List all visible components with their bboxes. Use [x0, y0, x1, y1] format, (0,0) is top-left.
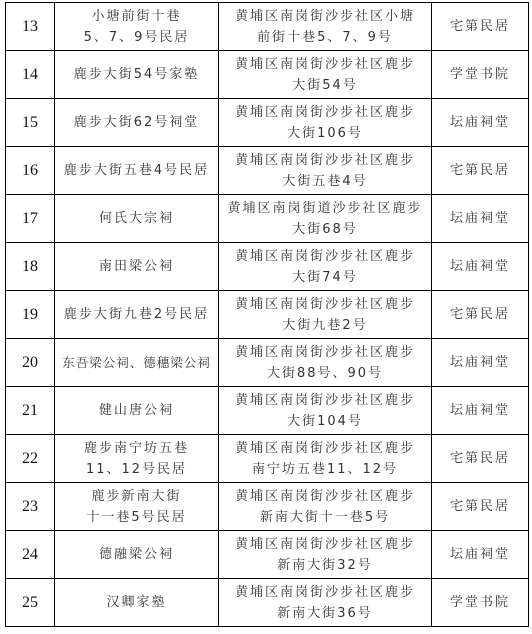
row-number: 23: [6, 483, 55, 531]
row-number: 17: [6, 195, 55, 243]
table-row: 18 南田梁公祠 黄埔区南岗街沙步社区鹿步 大街74号 坛庙祠堂: [6, 243, 529, 291]
site-category: 宅第民居: [432, 483, 529, 531]
table-row: 20 东吾梁公祠、德穗梁公祠 黄埔区南岗街沙步社区鹿步 大街88号、90号 坛庙…: [6, 339, 529, 387]
table-row: 13 小塘前街十巷 5、7、9号民居 黄埔区南岗街沙步社区小塘 前街十巷5、7、…: [6, 3, 529, 51]
row-number: 13: [6, 3, 55, 51]
row-number: 22: [6, 435, 55, 483]
site-category: 宅第民居: [432, 147, 529, 195]
site-category: 坛庙祠堂: [432, 531, 529, 579]
row-number: 24: [6, 531, 55, 579]
site-address: 黄埔区南岗街沙步社区鹿步 新南大街32号: [219, 531, 432, 579]
table-row: 14 鹿步大街54号家塾 黄埔区南岗街沙步社区鹿步 大街54号 学堂书院: [6, 51, 529, 99]
table-row: 22 鹿步南宁坊五巷 11、12号民居 黄埔区南岗街沙步社区鹿步 南宁坊五巷11…: [6, 435, 529, 483]
site-address: 黄埔区南岗街沙步社区鹿步 大街54号: [219, 51, 432, 99]
row-number: 16: [6, 147, 55, 195]
site-address: 黄埔区南岗街沙步社区鹿步 大街九巷2号: [219, 291, 432, 339]
site-category: 宅第民居: [432, 3, 529, 51]
site-name: 小塘前街十巷 5、7、9号民居: [55, 3, 219, 51]
table-row: 17 何氏大宗祠 黄埔区南岗街道沙步社区鹿步 大街68号 坛庙祠堂: [6, 195, 529, 243]
table-row: 15 鹿步大街62号祠堂 黄埔区南岗街沙步社区鹿步 大街106号 坛庙祠堂: [6, 99, 529, 147]
site-category: 宅第民居: [432, 291, 529, 339]
table-row: 23 鹿步新南大街 十一巷5号民居 黄埔区南岗街沙步社区鹿步 新南大街十一巷5号…: [6, 483, 529, 531]
site-name: 鹿步南宁坊五巷 11、12号民居: [55, 435, 219, 483]
heritage-sites-table: 13 小塘前街十巷 5、7、9号民居 黄埔区南岗街沙步社区小塘 前街十巷5、7、…: [5, 2, 529, 627]
site-category: 坛庙祠堂: [432, 243, 529, 291]
site-name: 鹿步大街54号家塾: [55, 51, 219, 99]
site-address: 黄埔区南岗街道沙步社区鹿步 大街68号: [219, 195, 432, 243]
site-name: 汉卿家塾: [55, 579, 219, 627]
site-name: 鹿步大街九巷2号民居: [55, 291, 219, 339]
site-category: 坛庙祠堂: [432, 195, 529, 243]
site-address: 黄埔区南岗街沙步社区鹿步 新南大街十一巷5号: [219, 483, 432, 531]
site-category: 坛庙祠堂: [432, 339, 529, 387]
row-number: 21: [6, 387, 55, 435]
site-category: 学堂书院: [432, 579, 529, 627]
site-name: 鹿步大街五巷4号民居: [55, 147, 219, 195]
site-address: 黄埔区南岗街沙步社区鹿步 大街104号: [219, 387, 432, 435]
table-row: 19 鹿步大街九巷2号民居 黄埔区南岗街沙步社区鹿步 大街九巷2号 宅第民居: [6, 291, 529, 339]
row-number: 14: [6, 51, 55, 99]
site-name: 健山唐公祠: [55, 387, 219, 435]
site-address: 黄埔区南岗街沙步社区鹿步 大街88号、90号: [219, 339, 432, 387]
site-address: 黄埔区南岗街沙步社区鹿步 大街74号: [219, 243, 432, 291]
row-number: 19: [6, 291, 55, 339]
row-number: 15: [6, 99, 55, 147]
site-name: 鹿步大街62号祠堂: [55, 99, 219, 147]
row-number: 25: [6, 579, 55, 627]
site-name: 东吾梁公祠、德穗梁公祠: [55, 339, 219, 387]
site-category: 学堂书院: [432, 51, 529, 99]
site-name: 南田梁公祠: [55, 243, 219, 291]
row-number: 20: [6, 339, 55, 387]
table-row: 21 健山唐公祠 黄埔区南岗街沙步社区鹿步 大街104号 坛庙祠堂: [6, 387, 529, 435]
site-name: 鹿步新南大街 十一巷5号民居: [55, 483, 219, 531]
row-number: 18: [6, 243, 55, 291]
table-row: 25 汉卿家塾 黄埔区南岗街沙步社区鹿步 新南大街36号 学堂书院: [6, 579, 529, 627]
site-address: 黄埔区南岗街沙步社区小塘 前街十巷5、7、9号: [219, 3, 432, 51]
site-address: 黄埔区南岗街沙步社区鹿步 大街106号: [219, 99, 432, 147]
table-row: 24 德融梁公祠 黄埔区南岗街沙步社区鹿步 新南大街32号 坛庙祠堂: [6, 531, 529, 579]
site-address: 黄埔区南岗街沙步社区鹿步 新南大街36号: [219, 579, 432, 627]
site-name: 德融梁公祠: [55, 531, 219, 579]
site-category: 宅第民居: [432, 435, 529, 483]
site-category: 坛庙祠堂: [432, 387, 529, 435]
site-category: 坛庙祠堂: [432, 99, 529, 147]
site-name: 何氏大宗祠: [55, 195, 219, 243]
site-address: 黄埔区南岗街沙步社区鹿步 大街五巷4号: [219, 147, 432, 195]
site-address: 黄埔区南岗街沙步社区鹿步 南宁坊五巷11、12号: [219, 435, 432, 483]
table-row: 16 鹿步大街五巷4号民居 黄埔区南岗街沙步社区鹿步 大街五巷4号 宅第民居: [6, 147, 529, 195]
